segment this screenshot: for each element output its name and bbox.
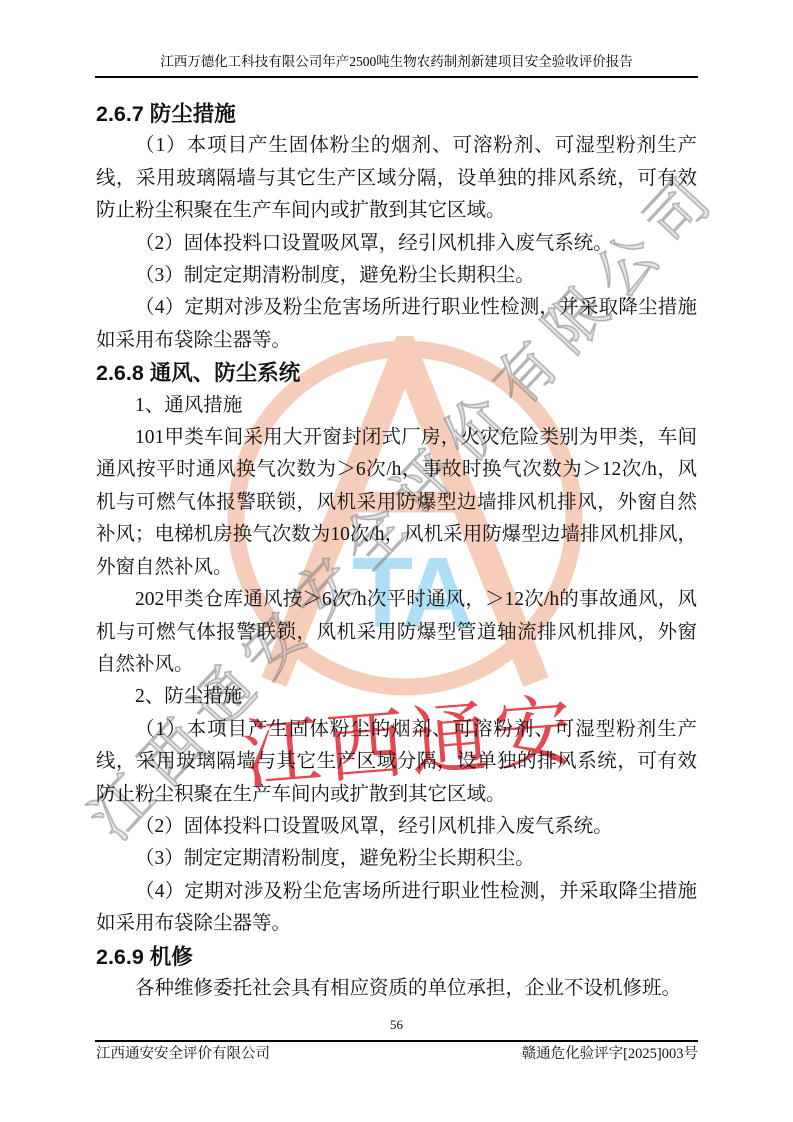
header-rule [95, 76, 698, 78]
paragraph-dust2-2: （2）固体投料口设置吸风罩，经引风机排入废气系统。 [96, 811, 697, 843]
footer-document-number: 赣通危化验评字[2025]003号 [522, 1044, 698, 1064]
page-number: 56 [0, 1016, 793, 1034]
document-body: 2.6.7 防尘措施 （1）本项目产生固体粉尘的烟剂、可溶粉剂、可湿型粉剂生产线… [96, 98, 697, 1005]
subheading-ventilation: 1、通风措施 [96, 390, 697, 422]
paragraph-workshop-101: 101甲类车间采用大开窗封闭式厂房，火灾危险类别为甲类，车间通风按平时通风换气次… [96, 422, 697, 584]
footer-company-name: 江西通安安全评价有限公司 [96, 1044, 270, 1064]
paragraph-dust-2: （2）固体投料口设置吸风罩，经引风机排入废气系统。 [96, 228, 697, 260]
paragraph-dust2-1: （1）本项目产生固体粉尘的烟剂、可溶粉剂、可湿型粉剂生产线，采用玻璃隔墙与其它生… [96, 714, 697, 811]
paragraph-dust-3: （3）制定定期清粉制度，避免粉尘长期积尘。 [96, 260, 697, 292]
paragraph-dust-1: （1）本项目产生固体粉尘的烟剂、可溶粉剂、可湿型粉剂生产线，采用玻璃隔墙与其它生… [96, 130, 697, 227]
footer-rule [95, 1040, 698, 1042]
paragraph-dust-4: （4）定期对涉及粉尘危害场所进行职业性检测，并采取降尘措施如采用布袋除尘器等。 [96, 292, 697, 357]
section-heading-2-6-7: 2.6.7 防尘措施 [96, 98, 697, 130]
document-page: TA 江西通安 江西通安安全评价有限公司 江西万德化工科技有限公司年产2500吨… [0, 0, 793, 1122]
paragraph-dust2-3: （3）制定定期清粉制度，避免粉尘长期积尘。 [96, 843, 697, 875]
paragraph-warehouse-202: 202甲类仓库通风按＞6次/h次平时通风，＞12次/h的事故通风，风机与可燃气体… [96, 584, 697, 681]
page-header-title: 江西万德化工科技有限公司年产2500吨生物农药制剂新建项目安全验收评价报告 [0, 52, 793, 72]
paragraph-dust2-4: （4）定期对涉及粉尘危害场所进行职业性检测，并采取降尘措施如采用布袋除尘器等。 [96, 876, 697, 941]
section-heading-2-6-9: 2.6.9 机修 [96, 941, 697, 973]
paragraph-maintenance: 各种维修委托社会具有相应资质的单位承担，企业不设机修班。 [96, 973, 697, 1005]
section-heading-2-6-8: 2.6.8 通风、防尘系统 [96, 357, 697, 389]
subheading-dust-control: 2、防尘措施 [96, 681, 697, 713]
